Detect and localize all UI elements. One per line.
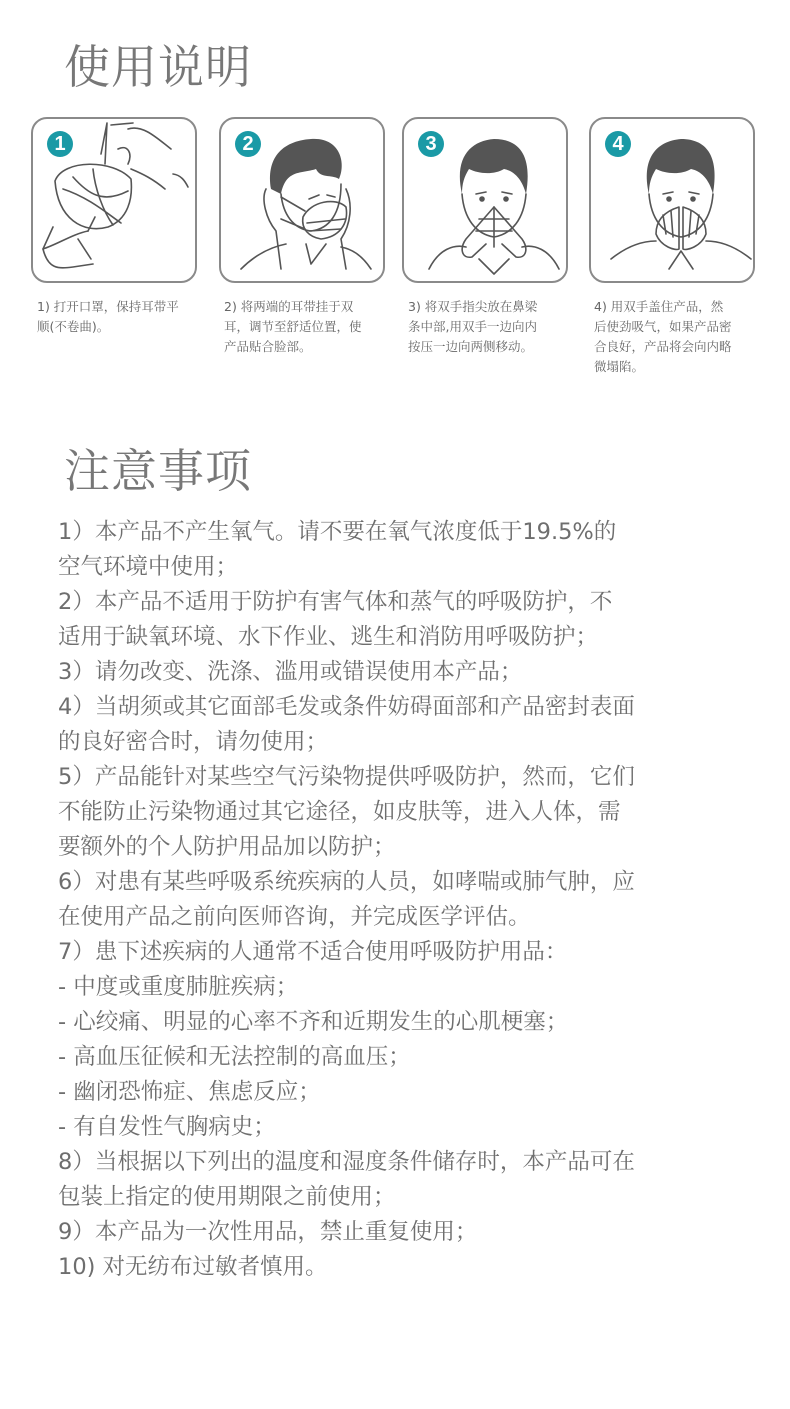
- precaution-line: 7）患下述疾病的人通常不适合使用呼吸防护用品：: [58, 935, 748, 970]
- precaution-line: 10) 对无纺布过敏者慎用。: [58, 1250, 748, 1285]
- precaution-line: - 中度或重度肺脏疾病；: [58, 970, 748, 1005]
- precaution-line: 在使用产品之前向医师咨询，并完成医学评估。: [58, 900, 748, 935]
- caption-line: 耳，调节至舒适位置，使: [224, 317, 384, 337]
- precaution-line: 要额外的个人防护用品加以防护；: [58, 830, 748, 865]
- precaution-line: - 幽闭恐怖症、焦虑反应；: [58, 1075, 748, 1110]
- step-card-2: 2: [219, 117, 385, 283]
- precaution-line: 不能防止污染物通过其它途径，如皮肤等，进入人体，需: [58, 795, 748, 830]
- step-number-badge: 4: [605, 131, 631, 157]
- precaution-line: 8）当根据以下列出的温度和湿度条件储存时，本产品可在: [58, 1145, 748, 1180]
- step-number-badge: 3: [418, 131, 444, 157]
- step-caption-4: 4) 用双手盖住产品，然 后使劲吸气，如果产品密 合良好，产品将会向内略 微塌陷…: [594, 297, 754, 377]
- step-caption-2: 2) 将两端的耳带挂于双 耳，调节至舒适位置，使 产品贴合脸部。: [224, 297, 384, 357]
- precaution-line: 5）产品能针对某些空气污染物提供呼吸防护，然而，它们: [58, 760, 748, 795]
- caption-line: 后使劲吸气，如果产品密: [594, 317, 754, 337]
- step-card-1: 1: [31, 117, 197, 283]
- caption-line: 条中部,用双手一边向内: [408, 317, 568, 337]
- precaution-line: - 高血压征候和无法控制的高血压；: [58, 1040, 748, 1075]
- precaution-line: 3）请勿改变、洗涤、滥用或错误使用本产品；: [58, 655, 748, 690]
- step-caption-1: 1) 打开口罩，保持耳带平 顺(不卷曲)。: [37, 297, 197, 337]
- precautions-list: 1）本产品不产生氧气。请不要在氧气浓度低于19.5%的 空气环境中使用； 2）本…: [58, 515, 748, 1285]
- caption-line: 2) 将两端的耳带挂于双: [224, 297, 384, 317]
- precaution-line: 2）本产品不适用于防护有害气体和蒸气的呼吸防护，不: [58, 585, 748, 620]
- step-caption-3: 3) 将双手指尖放在鼻梁 条中部,用双手一边向内 按压一边向两侧移动。: [408, 297, 568, 357]
- caption-line: 3) 将双手指尖放在鼻梁: [408, 297, 568, 317]
- caption-line: 1) 打开口罩，保持耳带平: [37, 297, 197, 317]
- caption-line: 合良好，产品将会向内略: [594, 337, 754, 357]
- step-number-badge: 2: [235, 131, 261, 157]
- caption-line: 顺(不卷曲)。: [37, 317, 197, 337]
- step-number-badge: 1: [47, 131, 73, 157]
- caption-line: 按压一边向两侧移动。: [408, 337, 568, 357]
- precaution-line: 空气环境中使用；: [58, 550, 748, 585]
- precaution-line: - 有自发性气胸病史；: [58, 1110, 748, 1145]
- precaution-line: 的良好密合时，请勿使用；: [58, 725, 748, 760]
- precaution-line: 适用于缺氧环境、水下作业、逃生和消防用呼吸防护；: [58, 620, 748, 655]
- precaution-line: - 心绞痛、明显的心率不齐和近期发生的心肌梗塞；: [58, 1005, 748, 1040]
- precaution-line: 4）当胡须或其它面部毛发或条件妨碍面部和产品密封表面: [58, 690, 748, 725]
- step-card-4: 4: [589, 117, 755, 283]
- precaution-line: 6）对患有某些呼吸系统疾病的人员，如哮喘或肺气肿，应: [58, 865, 748, 900]
- precaution-line: 1）本产品不产生氧气。请不要在氧气浓度低于19.5%的: [58, 515, 748, 550]
- caption-line: 4) 用双手盖住产品，然: [594, 297, 754, 317]
- usage-title: 使用说明: [64, 44, 252, 90]
- caption-line: 微塌陷。: [594, 357, 754, 377]
- step-card-3: 3: [402, 117, 568, 283]
- caption-line: 产品贴合脸部。: [224, 337, 384, 357]
- precautions-title: 注意事项: [64, 448, 252, 494]
- precaution-line: 包装上指定的使用期限之前使用；: [58, 1180, 748, 1215]
- precaution-line: 9）本产品为一次性用品，禁止重复使用；: [58, 1215, 748, 1250]
